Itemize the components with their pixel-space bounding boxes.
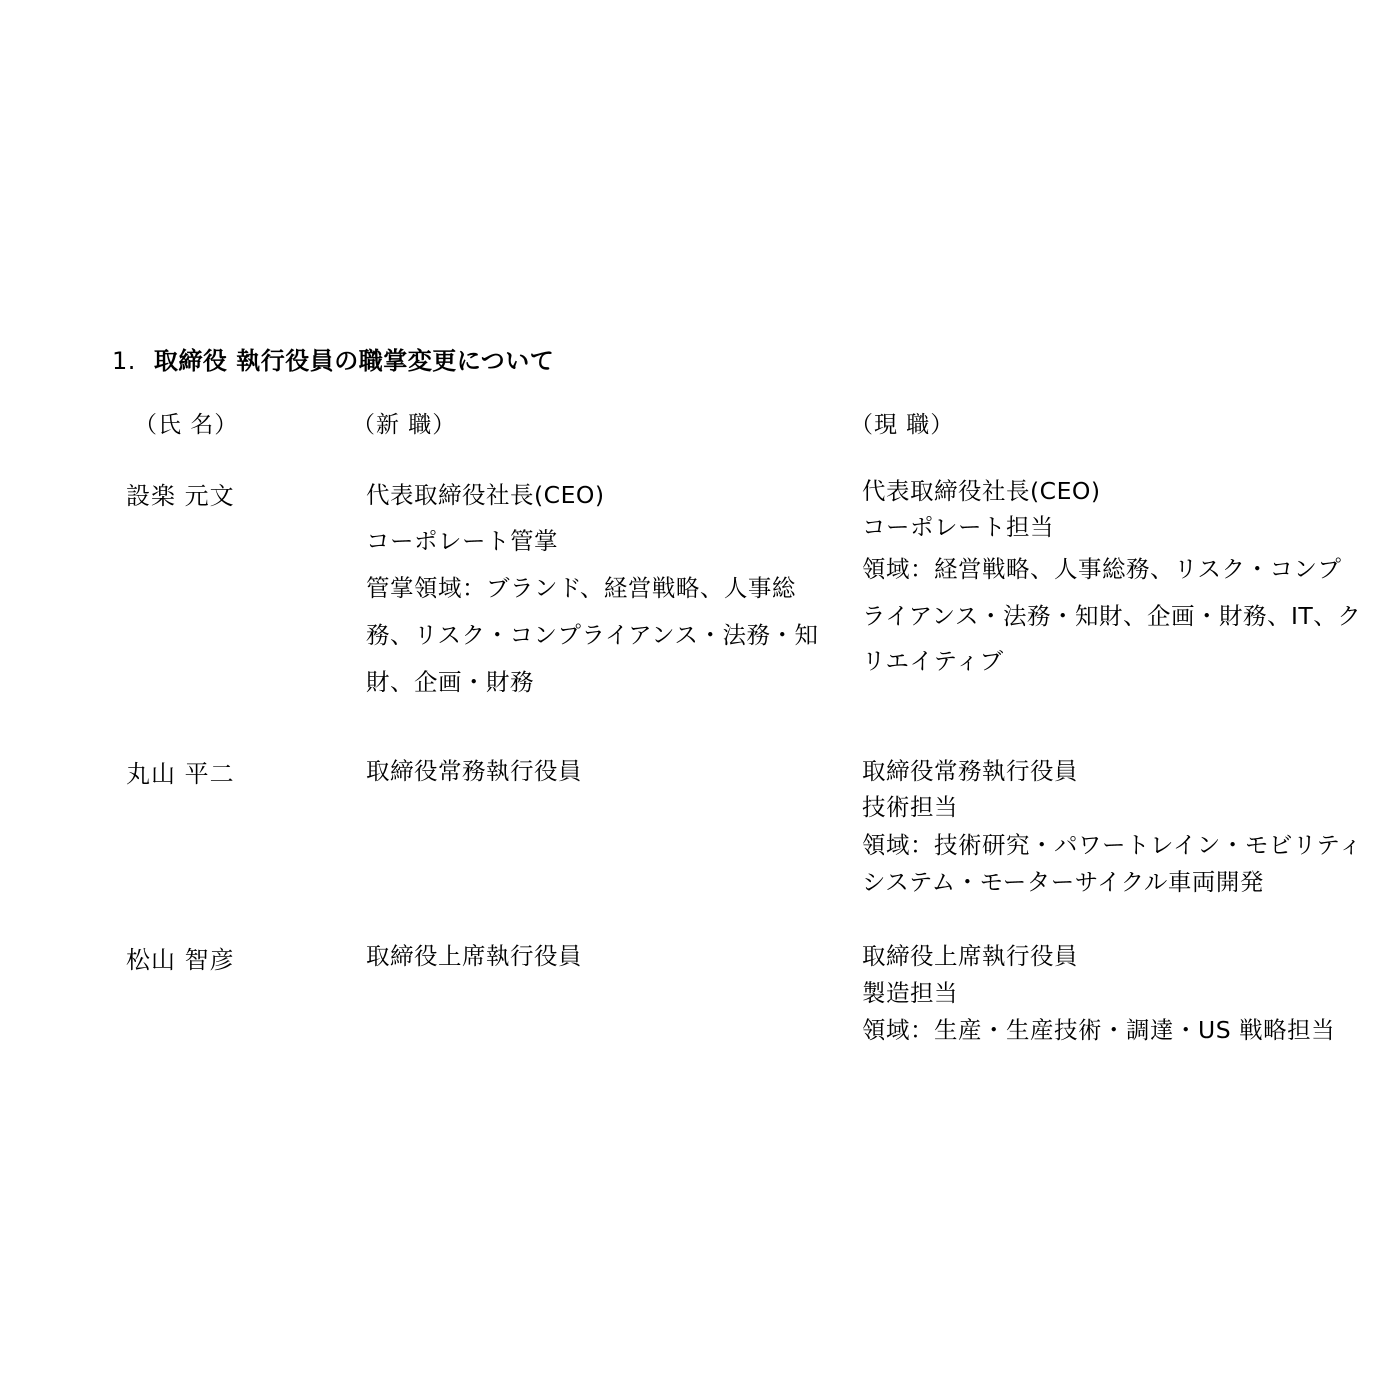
new-position-line: コーポレート管掌	[366, 530, 558, 554]
column-header-current-position: （現 職）	[850, 414, 954, 437]
current-position-line: リエイティブ	[862, 650, 1004, 674]
new-position-line: 財、企画・財務	[366, 671, 534, 695]
person-name: 松山 智彦	[126, 948, 235, 972]
current-position-line: 取締役常務執行役員	[862, 760, 1078, 784]
person-name: 設楽 元文	[126, 484, 235, 508]
current-position-line: コーポレート担当	[862, 516, 1054, 540]
current-position-line: システム・モーターサイクル車両開発	[862, 871, 1264, 895]
section-heading: 1.取締役 執行役員の職掌変更について	[112, 349, 554, 373]
person-name: 丸山 平二	[126, 762, 235, 786]
current-position-line: 領域：生産・生産技術・調達・US 戦略担当	[862, 1019, 1335, 1043]
new-position-line: 務、リスク・コンプライアンス・法務・知	[366, 624, 818, 648]
current-position-line: 領域：技術研究・パワートレイン・モビリティ	[862, 834, 1362, 858]
section-number: 1.	[112, 347, 136, 375]
current-position-line: 製造担当	[862, 982, 958, 1006]
current-position-line: 領域：経営戦略、人事総務、リスク・コンプ	[862, 558, 1342, 582]
column-header-new-position: （新 職）	[352, 414, 456, 437]
current-position-line: ライアンス・法務・知財、企画・財務、IT、ク	[862, 605, 1361, 629]
new-position-line: 取締役常務執行役員	[366, 760, 582, 784]
section-title: 取締役 執行役員の職掌変更について	[154, 347, 554, 375]
new-position-line: 代表取締役社長(CEO)	[366, 484, 605, 508]
current-position-line: 取締役上席執行役員	[862, 945, 1078, 969]
column-header-name: （氏 名）	[134, 414, 238, 437]
new-position-line: 管掌領域：ブランド、経営戦略、人事総	[366, 577, 796, 601]
current-position-line: 代表取締役社長(CEO)	[862, 480, 1101, 504]
new-position-line: 取締役上席執行役員	[366, 945, 582, 969]
current-position-line: 技術担当	[862, 796, 958, 820]
